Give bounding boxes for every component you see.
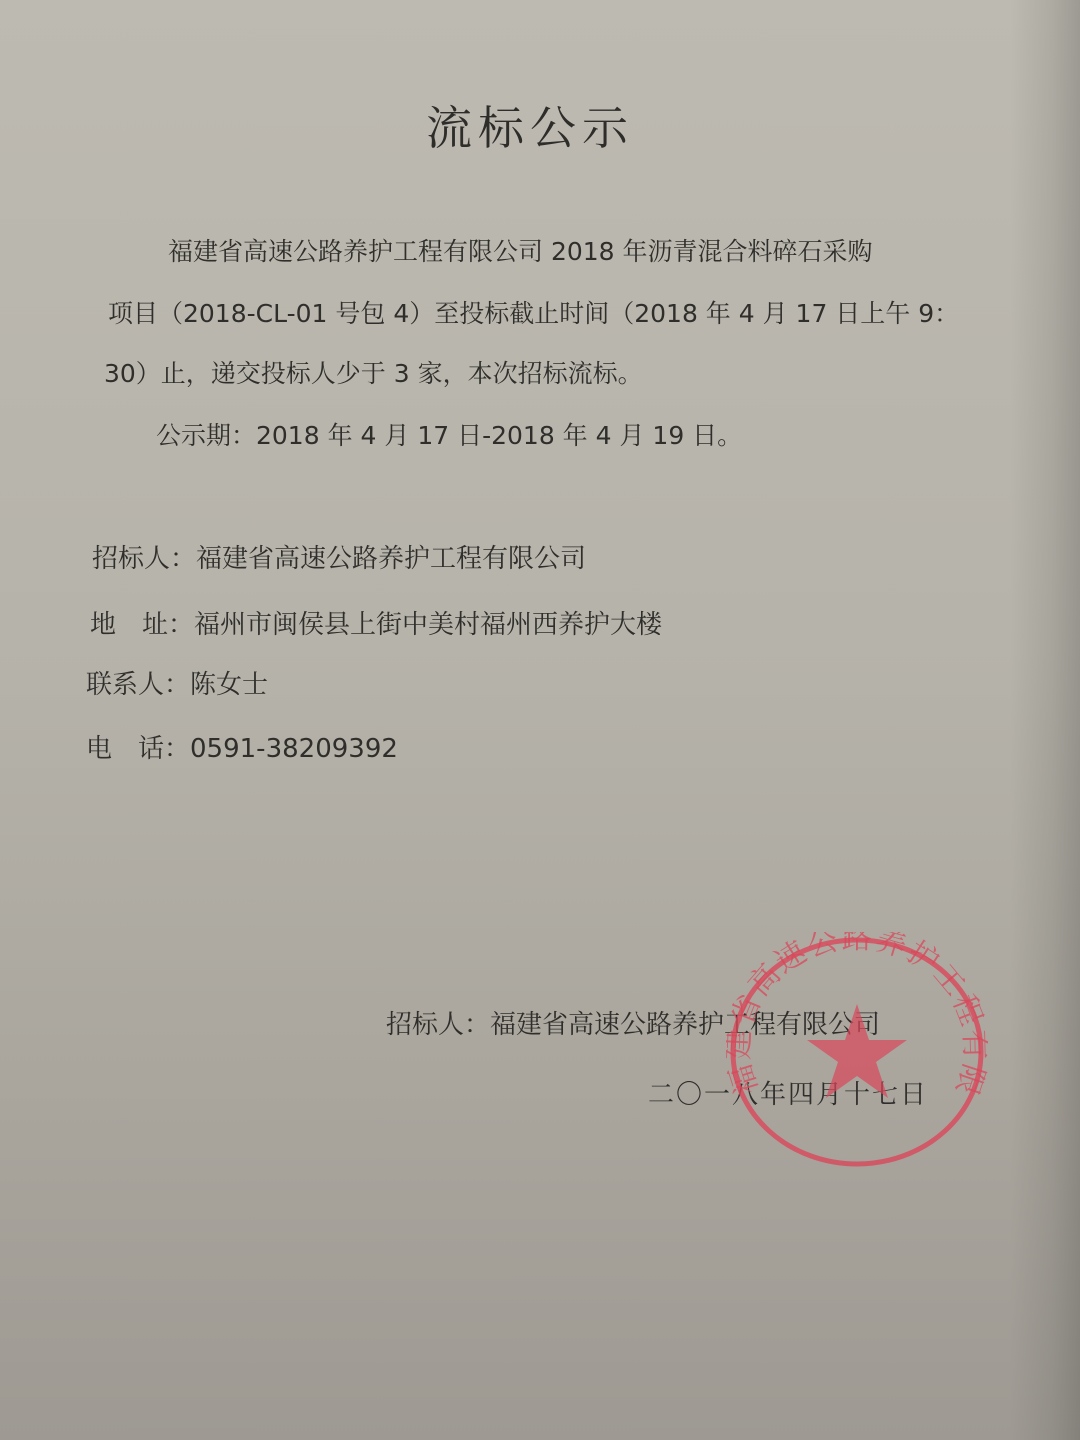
company-seal-stamp: 福建省高速公路养护工程有限公司 bbox=[726, 932, 988, 1172]
seal-star-icon bbox=[807, 1004, 907, 1098]
body-line-2: 项目（2018-CL-01 号包 4）至投标截止时间（2018 年 4 月 17… bbox=[108, 294, 959, 330]
body-line-1: 福建省高速公路养护工程有限公司 2018 年沥青混合料碎石采购 bbox=[168, 232, 873, 268]
page-edge-shadow bbox=[1010, 0, 1080, 1440]
publicity-period: 公示期：2018 年 4 月 17 日-2018 年 4 月 19 日。 bbox=[156, 416, 742, 452]
info-value: 福州市闽侯县上街中美村福州西养护大楼 bbox=[194, 610, 662, 640]
info-value: 0591-38209392 bbox=[190, 734, 398, 764]
info-tenderer: 招标人：福建省高速公路养护工程有限公司 bbox=[92, 538, 586, 575]
info-label: 电 话： bbox=[86, 728, 190, 765]
info-address: 地 址：福州市闽侯县上街中美村福州西养护大楼 bbox=[90, 604, 662, 641]
document-title: 流标公示 bbox=[0, 92, 1060, 158]
info-label: 地 址： bbox=[90, 604, 194, 641]
info-contact: 联系人：陈女士 bbox=[86, 664, 268, 701]
info-label: 招标人： bbox=[92, 538, 196, 575]
info-value: 福建省高速公路养护工程有限公司 bbox=[196, 544, 586, 574]
info-value: 陈女士 bbox=[190, 670, 268, 700]
info-label: 联系人： bbox=[86, 664, 190, 701]
body-line-3: 30）止，递交投标人少于 3 家，本次招标流标。 bbox=[104, 354, 643, 390]
info-phone: 电 话：0591-38209392 bbox=[86, 728, 398, 765]
